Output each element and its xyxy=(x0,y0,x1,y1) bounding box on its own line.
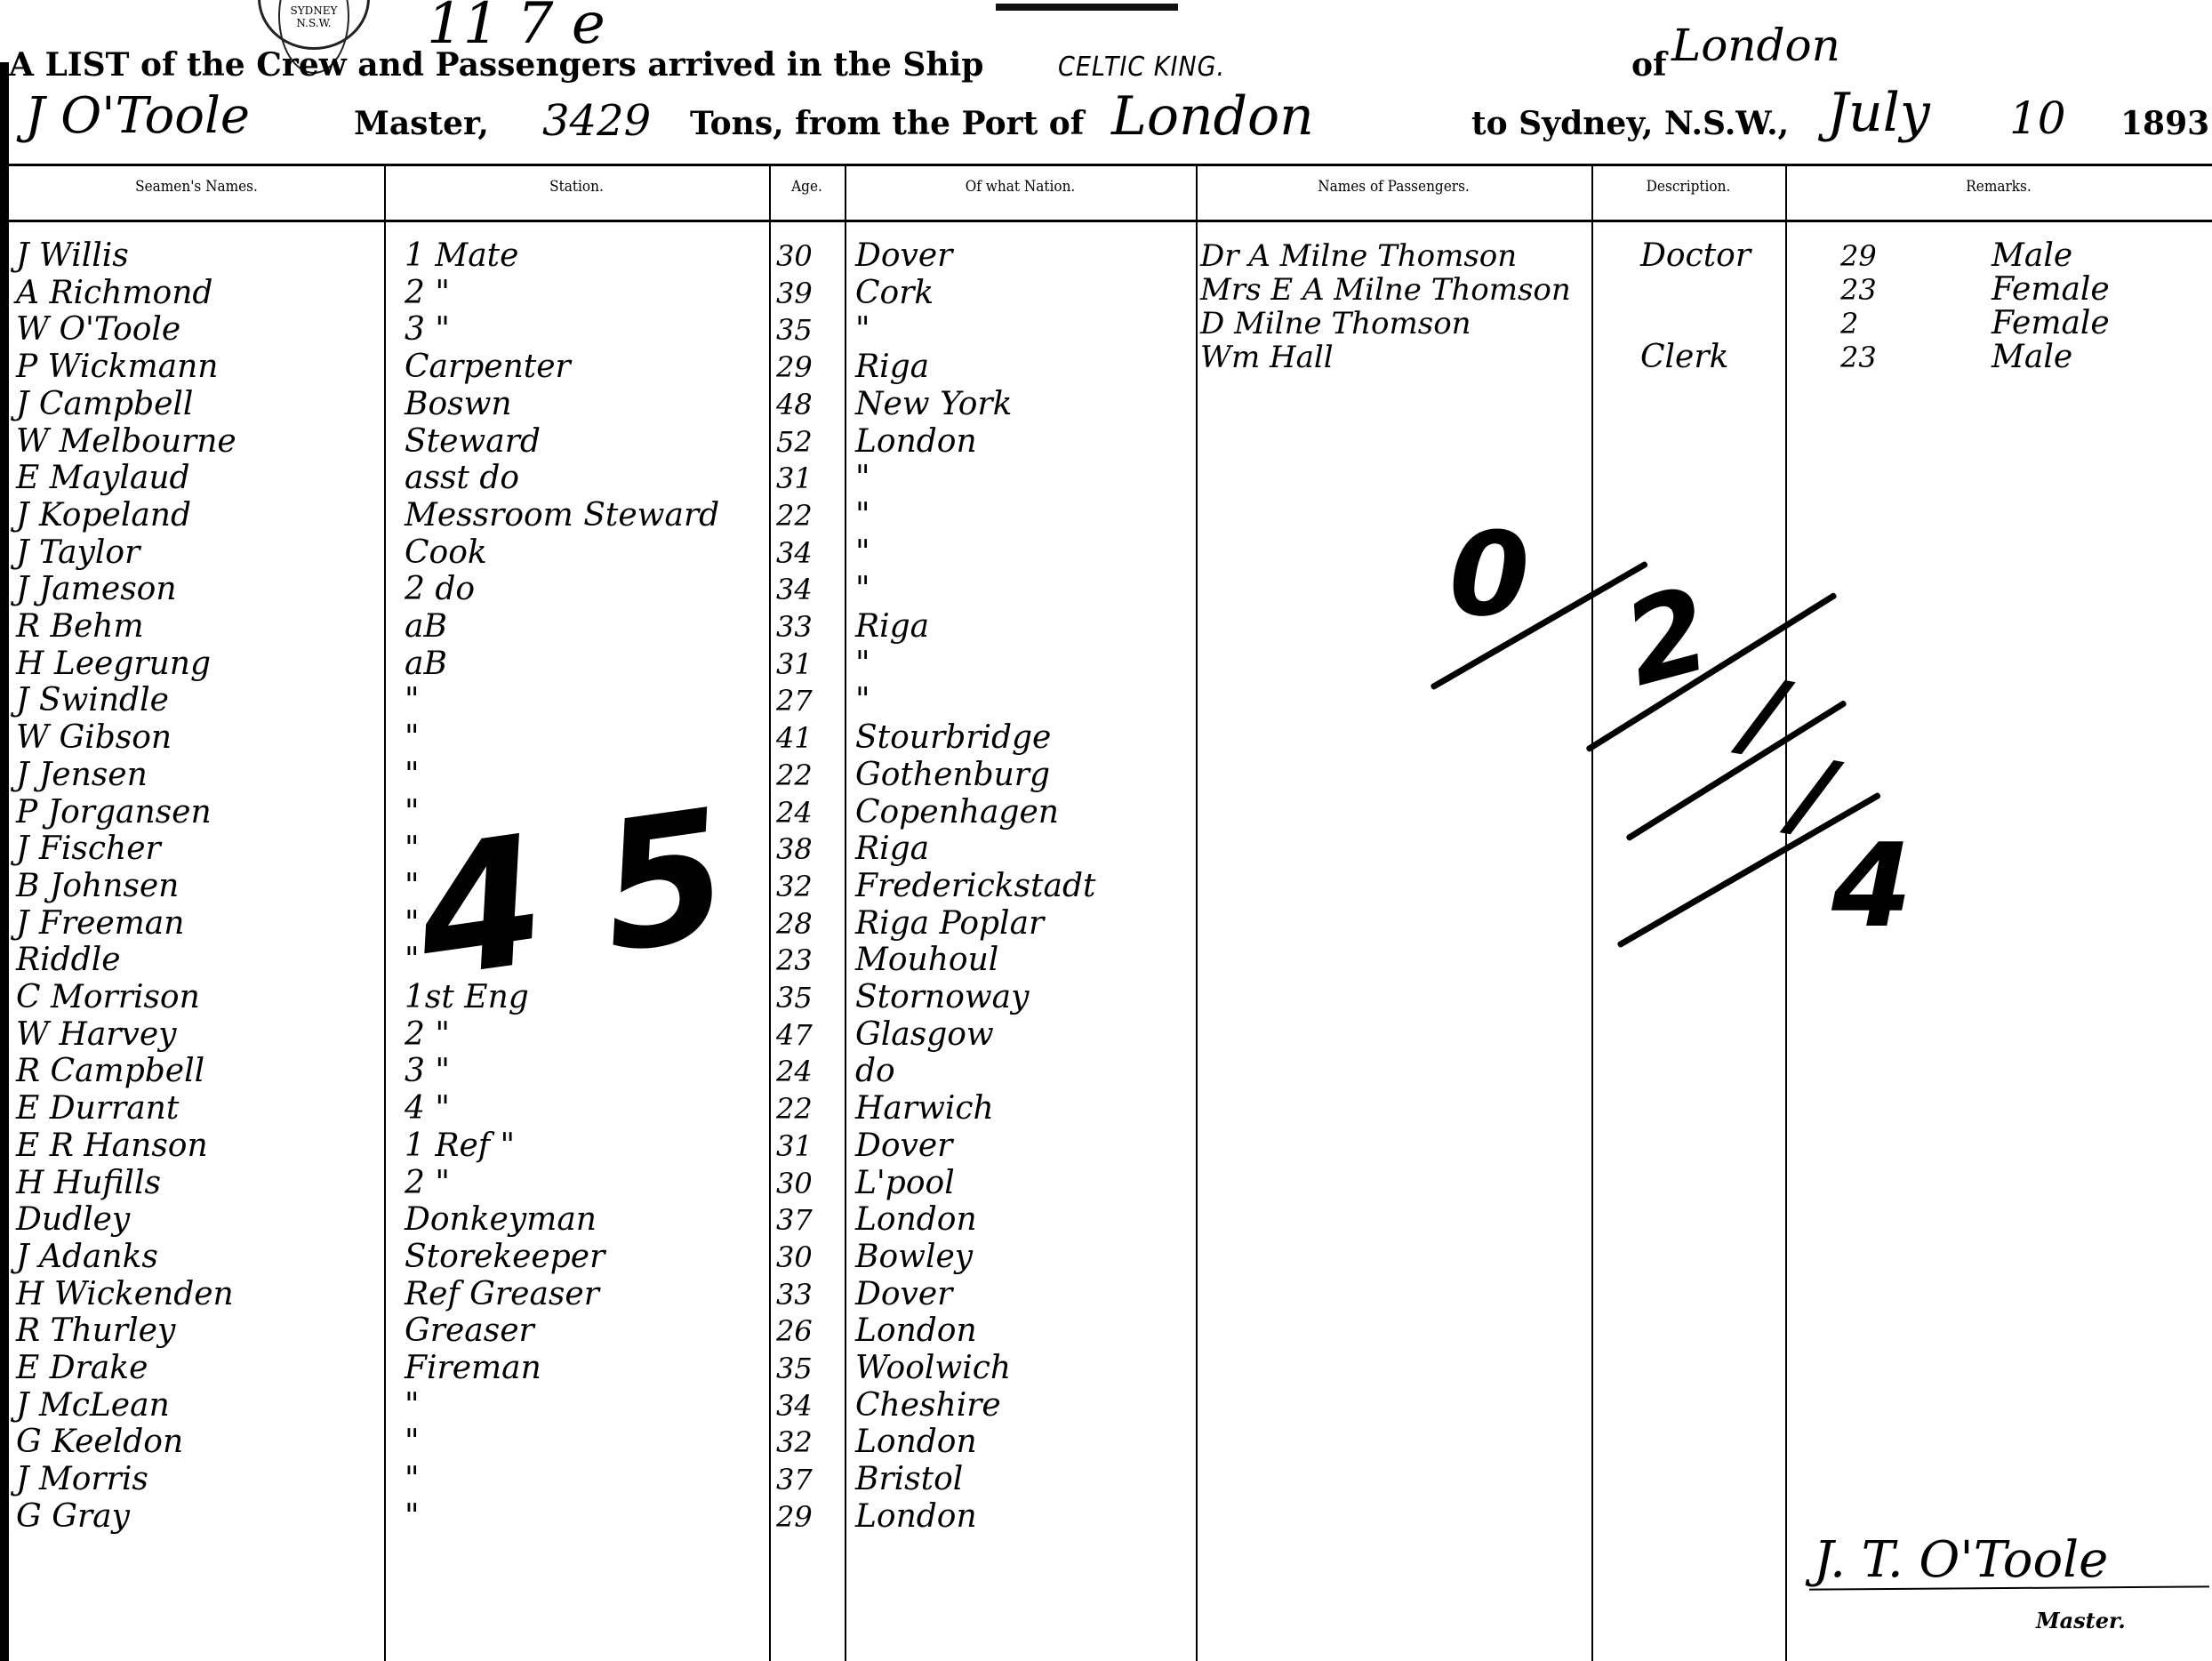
seaman-nation: Riga xyxy=(855,609,929,645)
seaman-station: Donkeyman xyxy=(405,1202,597,1238)
seaman-name: E Maylaud xyxy=(16,461,190,496)
tally-annotation-left: 4 5 xyxy=(405,771,740,1019)
seaman-nation: Bowley xyxy=(855,1240,973,1275)
seaman-station: " xyxy=(405,1499,420,1535)
passenger-description: Clerk xyxy=(1640,340,1728,375)
seaman-nation: London xyxy=(855,1424,977,1460)
seaman-station: Storekeeper xyxy=(405,1240,605,1275)
seaman-age: 30 xyxy=(776,238,813,274)
seaman-station: 1 Mate xyxy=(405,238,518,274)
seaman-name: G Keeldon xyxy=(16,1424,183,1460)
seaman-nation: " xyxy=(855,498,870,534)
seaman-name: E Durrant xyxy=(16,1091,179,1127)
seaman-nation: Cheshire xyxy=(855,1388,1001,1424)
seaman-name: H Hufills xyxy=(16,1166,161,1201)
seaman-age: 24 xyxy=(776,795,813,830)
seaman-nation: Copenhagen xyxy=(855,795,1059,830)
seaman-age: 26 xyxy=(776,1313,813,1349)
seaman-station: 2 do xyxy=(405,572,475,607)
top-rule xyxy=(996,4,1178,11)
seaman-nation: " xyxy=(855,683,870,718)
seaman-name: J Taylor xyxy=(16,535,140,571)
seaman-nation: Frederickstadt xyxy=(855,869,1095,904)
official-seal: SYDNEY N.S.W. xyxy=(258,0,370,50)
col-description: Description. xyxy=(1591,178,1785,196)
seaman-name: J Freeman xyxy=(16,906,184,942)
arrival-day: 10 xyxy=(2009,92,2066,144)
seaman-age: 31 xyxy=(776,646,813,682)
tons-label: Tons, from the Port of xyxy=(690,105,1084,142)
seaman-nation: " xyxy=(855,535,870,571)
seaman-station: Carpenter xyxy=(405,349,571,385)
seaman-name: J Jensen xyxy=(16,758,148,793)
seaman-nation: London xyxy=(855,1202,977,1238)
seaman-name: J McLean xyxy=(16,1388,170,1424)
seaman-name: J Adanks xyxy=(16,1240,158,1275)
seaman-nation: " xyxy=(855,312,870,348)
arrival-month: July xyxy=(1827,82,1930,144)
seaman-age: 37 xyxy=(776,1462,813,1497)
seaman-age: 30 xyxy=(776,1240,813,1275)
seaman-station: " xyxy=(405,683,420,718)
passenger-description: Doctor xyxy=(1640,238,1751,274)
seaman-name: E R Hanson xyxy=(16,1128,208,1164)
seaman-station: 2 " xyxy=(405,1166,450,1201)
seaman-station: Ref Greaser xyxy=(405,1277,599,1312)
seaman-station: 3 " xyxy=(405,312,450,348)
seaman-nation: New York xyxy=(855,387,1012,422)
master-name: J O'Toole xyxy=(25,87,250,145)
seaman-name: H Leegrung xyxy=(16,646,211,682)
passenger-name: Dr A Milne Thomson xyxy=(1200,238,1517,274)
seaman-name: W Harvey xyxy=(16,1017,177,1053)
seaman-name: J Kopeland xyxy=(16,498,191,534)
seaman-name: R Behm xyxy=(16,609,144,645)
seaman-station: Cook xyxy=(405,535,487,571)
seaman-nation: Dover xyxy=(855,238,952,274)
passenger-age: 23 xyxy=(1840,272,1877,308)
divider-passengers xyxy=(1196,165,1198,1661)
seaman-station: 2 " xyxy=(405,276,450,311)
seaman-station: Fireman xyxy=(405,1351,541,1386)
scan-edge xyxy=(0,62,9,1661)
seaman-age: 34 xyxy=(776,535,813,571)
arrival-year: 1893 xyxy=(2120,105,2209,142)
seaman-station: Greaser xyxy=(405,1313,534,1349)
seaman-age: 32 xyxy=(776,869,813,904)
seaman-name: E Drake xyxy=(16,1351,148,1386)
seaman-nation: Dover xyxy=(855,1128,952,1164)
seaman-station: aB xyxy=(405,646,447,682)
seaman-station: " xyxy=(405,1388,420,1424)
seaman-age: 30 xyxy=(776,1166,813,1201)
seaman-age: 22 xyxy=(776,1091,813,1127)
passenger-remarks: Male xyxy=(1992,340,2072,375)
title-prefix: A LIST of the Crew and Passengers arrive… xyxy=(9,46,983,84)
seaman-age: 22 xyxy=(776,758,813,793)
seaman-age: 41 xyxy=(776,720,813,756)
seaman-nation: Harwich xyxy=(855,1091,994,1127)
seaman-name: W Melbourne xyxy=(16,424,236,460)
seaman-age: 33 xyxy=(776,1277,813,1312)
seaman-name: J Fischer xyxy=(16,831,161,867)
seaman-station: " xyxy=(405,1462,420,1497)
seaman-name: Riddle xyxy=(16,943,121,978)
passenger-remarks: Female xyxy=(1992,306,2110,341)
seaman-nation: Mouhoul xyxy=(855,943,998,978)
passenger-name: Wm Hall xyxy=(1200,340,1334,375)
seaman-name: J Campbell xyxy=(16,387,193,422)
seaman-age: 28 xyxy=(776,906,813,942)
tally-four: 4 xyxy=(1831,818,1911,953)
seaman-name: G Gray xyxy=(16,1499,130,1535)
col-passengers: Names of Passengers. xyxy=(1196,178,1591,196)
seaman-station: " xyxy=(405,758,420,793)
master-signature-label: Master. xyxy=(2036,1608,2126,1633)
seaman-station: Steward xyxy=(405,424,541,460)
to-sydney-label: to Sydney, N.S.W., xyxy=(1471,105,1789,142)
seaman-station: " xyxy=(405,906,420,942)
seaman-nation: London xyxy=(855,424,977,460)
seaman-name: W O'Toole xyxy=(16,312,180,348)
ship-home-port: London xyxy=(1671,20,1840,71)
seaman-nation: Gothenburg xyxy=(855,758,1050,793)
master-label: Master, xyxy=(354,105,489,142)
seaman-nation: Stourbridge xyxy=(855,720,1051,756)
seaman-nation: L'pool xyxy=(855,1166,955,1201)
seaman-age: 52 xyxy=(776,424,813,460)
title-line: A LIST of the Crew and Passengers arrive… xyxy=(9,46,983,84)
passenger-name: Mrs E A Milne Thomson xyxy=(1200,272,1571,308)
seaman-age: 32 xyxy=(776,1424,813,1460)
seaman-age: 37 xyxy=(776,1202,813,1238)
divider-station xyxy=(384,165,386,1661)
seaman-name: C Morrison xyxy=(16,980,200,1015)
seaman-nation: Bristol xyxy=(855,1462,963,1497)
tally-two: 2 xyxy=(1611,561,1724,712)
seaman-age: 33 xyxy=(776,609,813,645)
col-seamen-names: Seamen's Names. xyxy=(9,178,384,196)
divider-age xyxy=(769,165,771,1661)
seaman-name: H Wickenden xyxy=(16,1277,234,1312)
seaman-name: R Campbell xyxy=(16,1054,204,1089)
passenger-age: 2 xyxy=(1840,306,1858,341)
seaman-age: 23 xyxy=(776,943,813,978)
seaman-nation: do xyxy=(855,1054,895,1089)
seaman-station: Messroom Steward xyxy=(405,498,719,534)
seaman-age: 24 xyxy=(776,1054,813,1089)
passenger-remarks: Female xyxy=(1992,272,2110,308)
seaman-nation: " xyxy=(855,572,870,607)
col-age: Age. xyxy=(769,178,845,196)
seaman-age: 31 xyxy=(776,1128,813,1164)
seaman-nation: Glasgow xyxy=(855,1017,994,1053)
passenger-name: D Milne Thomson xyxy=(1200,306,1471,341)
seaman-name: P Wickmann xyxy=(16,349,219,385)
seaman-age: 38 xyxy=(776,831,813,867)
seaman-nation: London xyxy=(855,1313,977,1349)
header-bottom-rule xyxy=(0,220,2212,222)
seaman-station: " xyxy=(405,943,420,978)
seaman-age: 34 xyxy=(776,572,813,607)
seaman-name: A Richmond xyxy=(16,276,212,311)
seaman-station: 2 " xyxy=(405,1017,450,1053)
col-station: Station. xyxy=(384,178,769,196)
seaman-name: J Morris xyxy=(16,1462,148,1497)
seaman-name: P Jorgansen xyxy=(16,795,212,830)
seaman-age: 35 xyxy=(776,980,813,1015)
seaman-nation: Riga xyxy=(855,349,929,385)
tally-circled-zero: 0 xyxy=(1449,507,1529,642)
seaman-age: 27 xyxy=(776,683,813,718)
seaman-station: Boswn xyxy=(405,387,512,422)
seaman-station: asst do xyxy=(405,461,519,496)
seaman-nation: London xyxy=(855,1499,977,1535)
seaman-nation: " xyxy=(855,646,870,682)
col-nation: Of what Nation. xyxy=(845,178,1196,196)
seaman-name: W Gibson xyxy=(16,720,172,756)
seaman-name: J Jameson xyxy=(16,572,177,607)
tonnage: 3429 xyxy=(542,96,651,146)
seaman-name: J Willis xyxy=(16,238,129,274)
seaman-age: 22 xyxy=(776,498,813,534)
divider-nation xyxy=(845,165,846,1661)
seaman-station: 3 " xyxy=(405,1054,450,1089)
seaman-age: 39 xyxy=(776,276,813,311)
seaman-nation: Riga xyxy=(855,831,929,867)
master-signature: J. T. O'Toole xyxy=(1814,1531,2108,1589)
divider-remarks xyxy=(1785,165,1787,1661)
seaman-age: 29 xyxy=(776,1499,813,1535)
seaman-age: 47 xyxy=(776,1017,813,1053)
seaman-nation: Cork xyxy=(855,276,934,311)
seaman-station: aB xyxy=(405,609,447,645)
table-top-rule xyxy=(0,164,2212,166)
seaman-station: " xyxy=(405,1424,420,1460)
seaman-age: 34 xyxy=(776,1388,813,1424)
seaman-name: B Johnsen xyxy=(16,869,179,904)
seaman-age: 35 xyxy=(776,1351,813,1386)
seaman-age: 29 xyxy=(776,349,813,385)
col-remarks: Remarks. xyxy=(1785,178,2212,196)
seaman-age: 35 xyxy=(776,312,813,348)
from-port: London xyxy=(1111,85,1314,148)
seaman-station: 4 " xyxy=(405,1091,450,1127)
seaman-name: Dudley xyxy=(16,1202,130,1238)
passenger-age: 23 xyxy=(1840,340,1877,375)
passenger-remarks: Male xyxy=(1992,238,2072,274)
seaman-age: 31 xyxy=(776,461,813,496)
seaman-nation: Dover xyxy=(855,1277,952,1312)
seaman-nation: " xyxy=(855,461,870,496)
ship-name: CELTIC KING. xyxy=(1058,52,1225,83)
seaman-nation: Riga Poplar xyxy=(855,906,1044,942)
seaman-nation: Woolwich xyxy=(855,1351,1011,1386)
divider-description xyxy=(1591,165,1593,1661)
seaman-name: R Thurley xyxy=(16,1313,175,1349)
of-label: of xyxy=(1631,46,1667,84)
seaman-age: 48 xyxy=(776,387,813,422)
seaman-station: 1 Ref " xyxy=(405,1128,515,1164)
seaman-name: J Swindle xyxy=(16,683,169,718)
seaman-station: " xyxy=(405,720,420,756)
seaman-nation: Stornoway xyxy=(855,980,1030,1015)
passenger-age: 29 xyxy=(1840,238,1877,274)
